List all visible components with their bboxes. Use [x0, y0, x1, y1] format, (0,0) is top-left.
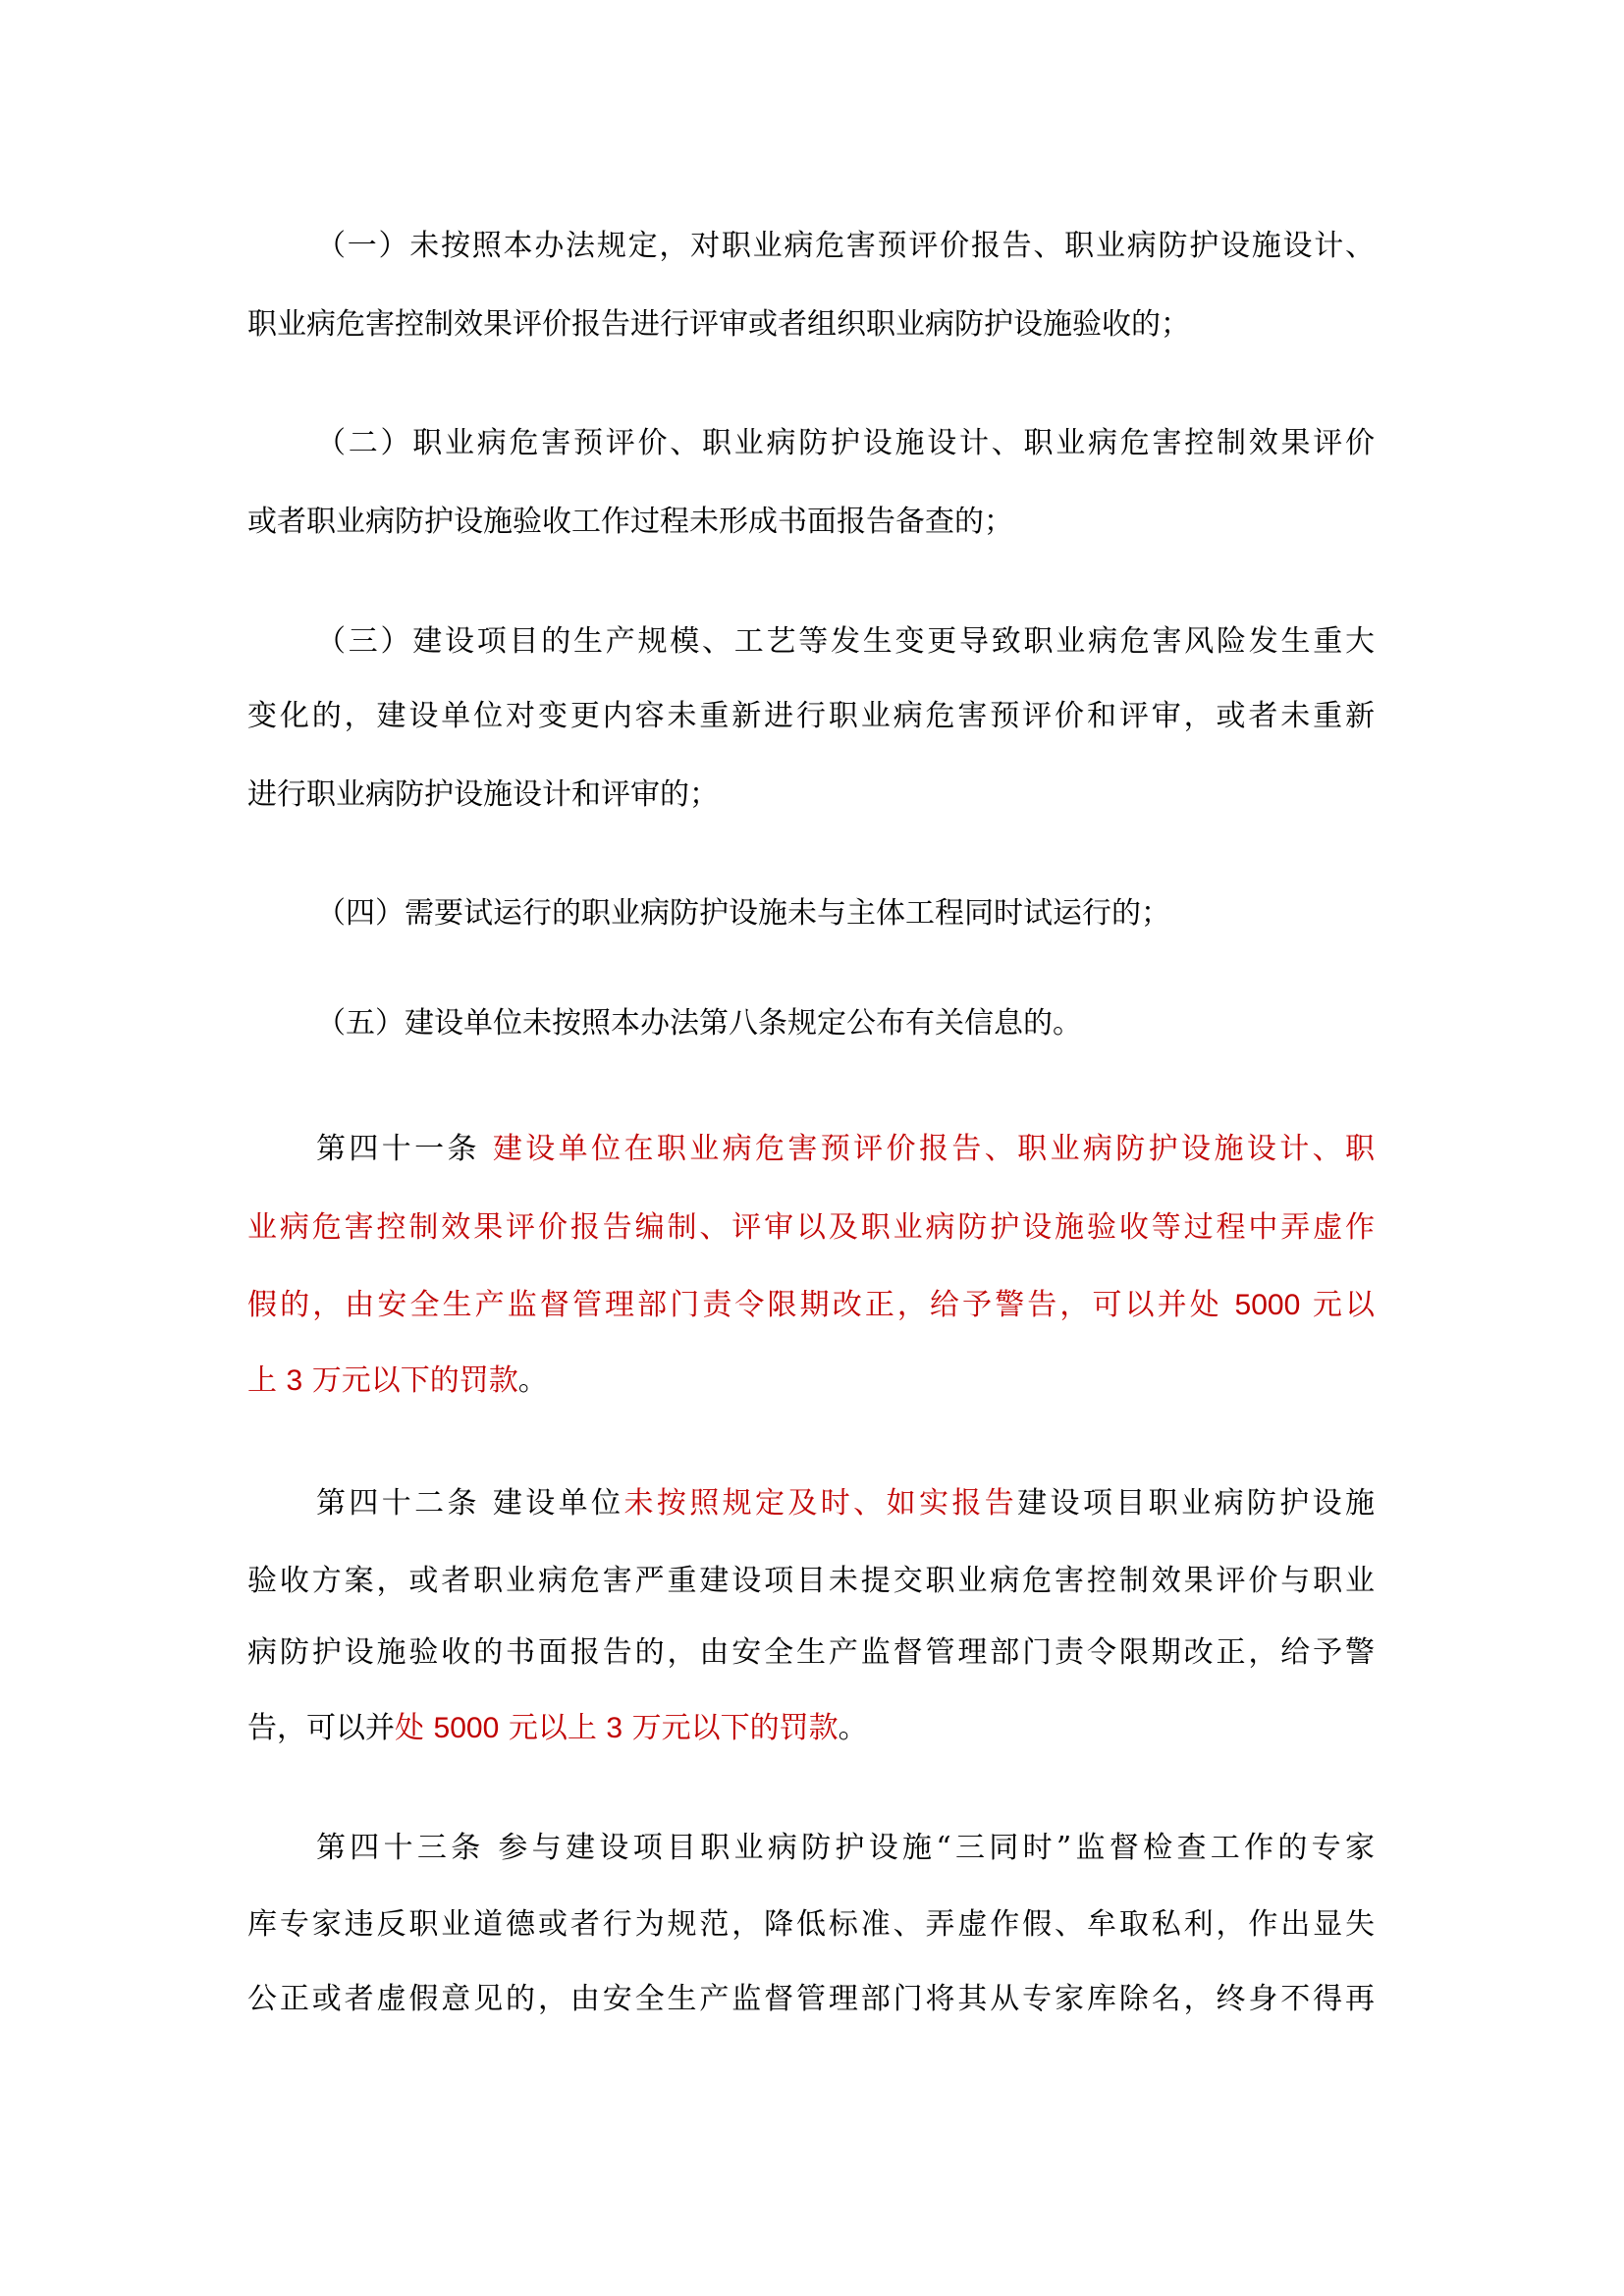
highlighted-text: 未按照规定及时、如实报告	[623, 1486, 1017, 1521]
item-3-line-2: 变化的，建设单位对变更内容未重新进行职业病危害预评价和评审，或者未重新	[247, 699, 1375, 734]
article-43-line-3: 公正或者虚假意见的，由安全生产监督管理部门将其从专家库除名，终身不得再	[247, 1982, 1375, 2017]
fine-amount: 3	[606, 1712, 623, 1744]
article-41-line-2: 业病危害控制效果评价报告编制、评审以及职业病防护设施验收等过程中弄虚作	[247, 1210, 1375, 1246]
highlighted-text: 建设单位在职业病危害预评价报告、职业病防护设施设计、职	[493, 1132, 1375, 1166]
item-3-line-1: （三）建设项目的生产规模、工艺等发生变更导致职业病危害风险发生重大	[316, 624, 1375, 660]
highlighted-text: 处	[395, 1711, 424, 1745]
item-5-line-1: （五）建设单位未按照本办法第八条规定公布有关信息的。	[316, 1006, 1375, 1041]
text: （一）未按照本办法规定，对职业病危害预评价报告、职业病防护设施设计、	[316, 229, 1375, 263]
text: 验收方案，或者职业病危害严重建设项目未提交职业病危害控制效果评价与职业	[247, 1564, 1375, 1598]
text: 职业病危害控制效果评价报告进行评审或者组织职业病防护设施验收的；	[247, 307, 1190, 342]
text: 进行职业病防护设施设计和评审的；	[247, 777, 719, 812]
item-2-line-1: （二）职业病危害预评价、职业病防护设施设计、职业病危害控制效果评价	[316, 426, 1375, 461]
text: 公正或者虚假意见的，由安全生产监督管理部门将其从专家库除名，终身不得再	[247, 1982, 1375, 2016]
text: 病防护设施验收的书面报告的，由安全生产监督管理部门责令限期改正，给予警	[247, 1635, 1375, 1670]
text: 变化的，建设单位对变更内容未重新进行职业病危害预评价和评审，或者未重新	[247, 699, 1375, 733]
article-42-line-4: 告，可以并处 5000 元以上 3 万元以下的罚款。	[247, 1711, 1375, 1746]
highlighted-text: 元以上	[509, 1711, 597, 1745]
text: 建设单位	[493, 1486, 624, 1521]
item-1-line-1: （一）未按照本办法规定，对职业病危害预评价报告、职业病防护设施设计、	[316, 229, 1375, 264]
period: 。	[839, 1711, 868, 1745]
highlighted-text: 元以	[1313, 1288, 1375, 1322]
highlighted-text: 上	[247, 1363, 277, 1398]
article-41-line-4: 上 3 万元以下的罚款。	[247, 1363, 1375, 1399]
period: 。	[518, 1363, 548, 1398]
document-page: （一）未按照本办法规定，对职业病危害预评价报告、职业病防护设施设计、 职业病危害…	[0, 0, 1624, 2296]
article-42-line-3: 病防护设施验收的书面报告的，由安全生产监督管理部门责令限期改正，给予警	[247, 1635, 1375, 1671]
item-1-line-2: 职业病危害控制效果评价报告进行评审或者组织职业病防护设施验收的；	[247, 307, 1375, 343]
fine-amount: 5000	[1235, 1289, 1301, 1321]
item-4-line-1: （四）需要试运行的职业病防护设施未与主体工程同时试运行的；	[316, 896, 1375, 932]
text: （二）职业病危害预评价、职业病防护设施设计、职业病危害控制效果评价	[316, 426, 1375, 460]
article-number: 第四十一条	[316, 1132, 480, 1166]
text: 或者职业病防护设施验收工作过程未形成书面报告备查的；	[247, 505, 1013, 539]
article-number: 第四十二条	[316, 1486, 480, 1521]
article-41-line-1: 第四十一条 建设单位在职业病危害预评价报告、职业病防护设施设计、职	[316, 1132, 1375, 1167]
article-42-line-1: 第四十二条 建设单位未按照规定及时、如实报告建设项目职业病防护设施	[316, 1486, 1375, 1522]
text: （三）建设项目的生产规模、工艺等发生变更导致职业病危害风险发生重大	[316, 624, 1375, 659]
fine-amount: 3	[287, 1364, 303, 1397]
article-number: 第四十三条	[316, 1831, 485, 1865]
article-43-line-1: 第四十三条 参与建设项目职业病防护设施“三同时”监督检查工作的专家	[316, 1831, 1375, 1866]
highlighted-text: 业病危害控制效果评价报告编制、评审以及职业病防护设施验收等过程中弄虚作	[247, 1210, 1375, 1245]
item-2-line-2: 或者职业病防护设施验收工作过程未形成书面报告备查的；	[247, 505, 1375, 540]
text: 参与建设项目职业病防护设施“三同时”监督检查工作的专家	[498, 1831, 1375, 1865]
highlighted-text: 假的，由安全生产监督管理部门责令限期改正，给予警告，可以并处	[247, 1288, 1222, 1322]
text: 库专家违反职业道德或者行为规范，降低标准、弄虚作假、牟取私利，作出显失	[247, 1907, 1375, 1942]
text: 告，可以并	[247, 1711, 395, 1745]
text: （四）需要试运行的职业病防护设施未与主体工程同时试运行的；	[316, 896, 1170, 931]
fine-amount: 5000	[434, 1712, 500, 1744]
item-3-line-3: 进行职业病防护设施设计和评审的；	[247, 777, 1375, 813]
highlighted-text: 万元以下的罚款	[312, 1363, 518, 1398]
article-42-line-2: 验收方案，或者职业病危害严重建设项目未提交职业病危害控制效果评价与职业	[247, 1564, 1375, 1599]
article-43-line-2: 库专家违反职业道德或者行为规范，降低标准、弄虚作假、牟取私利，作出显失	[247, 1907, 1375, 1943]
article-41-line-3: 假的，由安全生产监督管理部门责令限期改正，给予警告，可以并处 5000 元以	[247, 1288, 1375, 1323]
highlighted-text: 万元以下的罚款	[632, 1711, 839, 1745]
text: （五）建设单位未按照本办法第八条规定公布有关信息的。	[316, 1006, 1082, 1041]
text: 建设项目职业病防护设施	[1017, 1486, 1375, 1521]
